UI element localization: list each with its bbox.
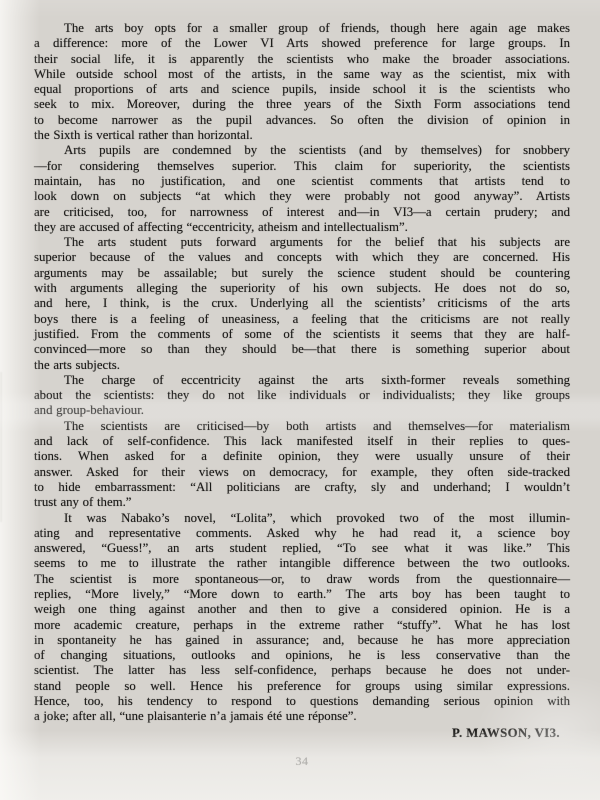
paragraph: The arts boy opts for a smaller group of… [34,21,570,143]
text-line: their social life, it is apparently the … [34,52,570,67]
text-line: Arts pupils are condemned by the scienti… [34,143,570,158]
text-line: arguments may be assailable; but surely … [34,266,570,281]
text-line: a difference: more of the Lower VI Arts … [34,36,570,51]
author-signature: P. MAWSON, VI3. [34,726,570,741]
text-line: look down on subjects “at which they wer… [34,189,570,204]
text-line: stand people so well. Hence his preferen… [34,679,570,694]
text-line: The arts student puts forward arguments … [34,235,570,250]
paragraph: Arts pupils are condemned by the scienti… [34,143,570,235]
text-line: The arts boy opts for a smaller group of… [34,21,570,36]
text-block: The arts boy opts for a smaller group of… [34,21,570,769]
paragraph: The arts student puts forward arguments … [34,235,570,373]
text-line: a joke; after all, “une plaisanterie n’a… [34,709,570,724]
scan-edge-artifact [0,372,2,522]
text-line: The scientists are criticised—by both ar… [34,419,570,434]
paragraph: It was Nabako’s novel, “Lolita”, which p… [34,511,570,725]
text-line: of changing situations, outlooks and opi… [34,648,570,663]
text-line: justified. From the comments of some of … [34,327,570,342]
text-line: more academic creature, perhaps in the e… [34,618,570,633]
text-line: The scientist is more spontaneous—or, to… [34,572,570,587]
text-line: Hence, too, his tendency to respond to q… [34,694,570,709]
text-line: ating and representative comments. Asked… [34,526,570,541]
text-line: in spontaneity he has gained in assuranc… [34,633,570,648]
text-line: answered, “Guess!”, an arts student repl… [34,541,570,556]
text-line: convinced—more so than they should be—th… [34,342,570,357]
text-line: to hide embarrassment: “All politicians … [34,480,570,495]
text-line: —for considering themselves superior. Th… [34,159,570,174]
text-line: maintain, has no justification, and one … [34,174,570,189]
text-line: and group-behaviour. [34,403,570,418]
text-line: seems to me to illustrate the rather int… [34,556,570,571]
text-line: While outside school most of the artists… [34,67,570,82]
text-line: they are accused of affecting “eccentric… [34,220,570,235]
text-line: are criticised, too, for narrowness of i… [34,205,570,220]
text-line: superior because of the values and conce… [34,250,570,265]
text-line: tions. When asked for a definite opinion… [34,449,570,464]
text-line: and here, I think, is the crux. Underlyi… [34,296,570,311]
text-line: equal proportions of arts and science pu… [34,82,570,97]
text-line: and lack of self-confidence. This lack m… [34,434,570,449]
text-line: the Sixth is vertical rather than horizo… [34,128,570,143]
page-number: 34 [34,754,570,769]
text-line: The charge of eccentricity against the a… [34,373,570,388]
paragraph: The scientists are criticised—by both ar… [34,419,570,511]
text-line: about the scientists: they do not like i… [34,388,570,403]
text-line: boys there is a feeling of uneasiness, a… [34,312,570,327]
text-line: It was Nabako’s novel, “Lolita”, which p… [34,511,570,526]
text-line: seek to mix. Moreover, during the three … [34,97,570,112]
scanned-page: The arts boy opts for a smaller group of… [0,0,600,800]
text-line: scientist. The latter has less self-conf… [34,663,570,678]
text-line: replies, “More lively,” “More down to ea… [34,587,570,602]
text-line: to become narrower as the pupil advances… [34,113,570,128]
text-line: trust any of them.” [34,495,570,510]
text-line: with arguments alleging the superiority … [34,281,570,296]
text-line: answer. Asked for their views on democra… [34,465,570,480]
text-line: weigh one thing against another and then… [34,602,570,617]
paragraph: The charge of eccentricity against the a… [34,373,570,419]
text-line: the arts subjects. [34,358,570,373]
